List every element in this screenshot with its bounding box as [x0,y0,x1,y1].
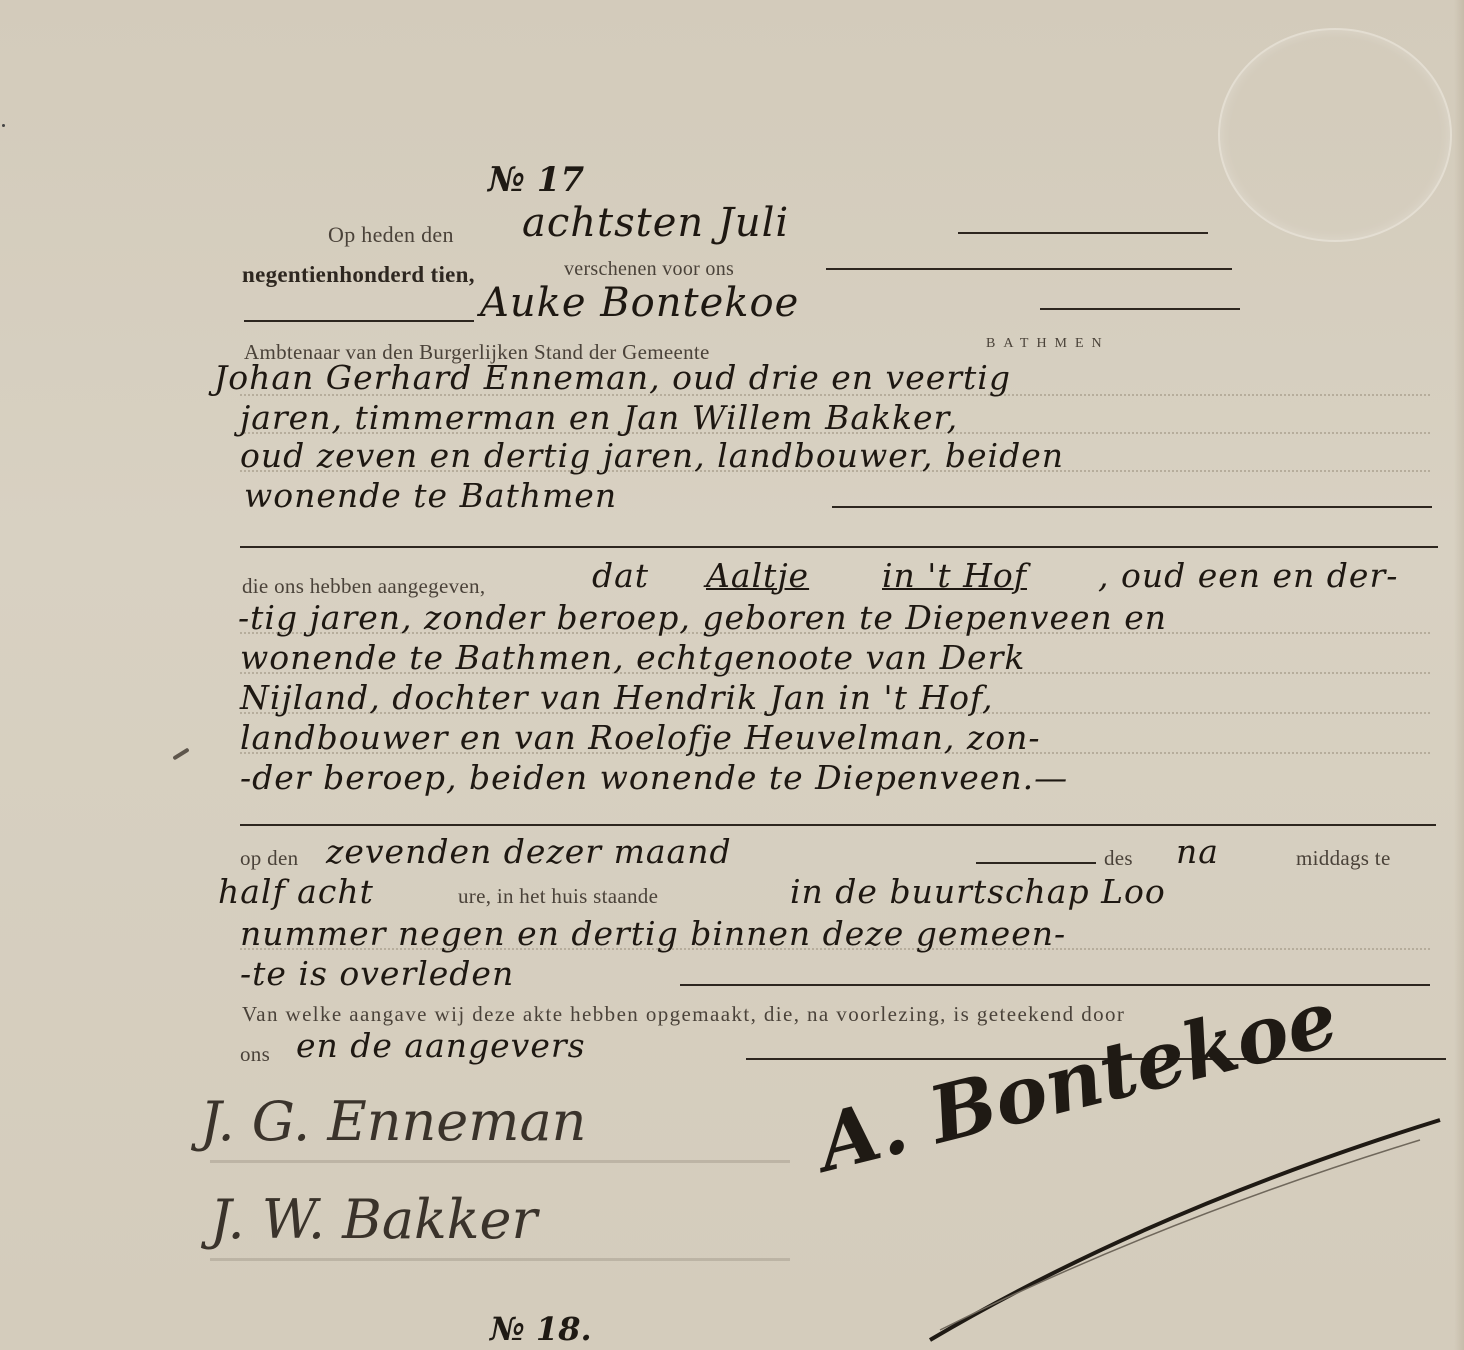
handwritten-line-13: landbouwer en van Roelofje Heuvelman, zo… [240,718,1041,757]
printed-verschenen: verschenen voor ons [564,258,734,281]
section-rule [240,546,1438,548]
signature-guide [210,1258,790,1261]
handwritten-line-12: Nijland, dochter van Hendrik Jan in 't H… [240,678,994,717]
printed-ure: ure, in het huis staande [458,884,658,909]
handwritten-line-14: -der beroep, beiden wonende te Diepenvee… [240,758,1068,797]
signature-guide [210,1160,790,1163]
printed-year: negentienhonderd tien, [242,262,475,288]
printed-op-den: op den [240,846,298,871]
municipality-name: BATHMEN [986,336,1110,352]
margin-mark [172,748,189,761]
signature-bakker: J. W. Bakker [210,1188,537,1251]
signature-flourish [900,1100,1460,1350]
handwritten-line-11: wonende te Bathmen, echtgenoote van Derk [240,638,1025,677]
fill-rule [1040,308,1240,310]
deceased-surname: in 't Hof [882,556,1027,595]
document-page: № 17 Op heden den achtsten Juli negentie… [0,0,1464,1350]
handwritten-aangevers: en de aangevers [296,1026,586,1065]
handwritten-time: half acht [218,872,374,911]
handwritten-witness-3: oud zeven en dertig jaren, landbouwer, b… [240,436,1064,475]
fill-rule [958,232,1208,234]
fill-rule [976,862,1096,864]
handwritten-residence: wonende te Bathmen [244,476,617,515]
embossed-seal [1218,28,1452,242]
handwritten-line-10: -tig jaren, zonder beroep, geboren te Di… [238,598,1167,637]
printed-op-heden-den: Op heden den [328,222,454,248]
ink-spot [2,124,5,127]
printed-closing: Van welke aangave wij deze akte hebben o… [242,1002,1125,1027]
handwritten-official: Auke Bontekoe [480,280,799,326]
handwritten-na: na [1176,832,1219,871]
printed-middags: middags te [1296,846,1391,871]
fill-rule [244,320,474,322]
deceased-first-name: Aaltje [706,556,809,595]
fill-rule [832,506,1432,508]
section-rule [240,824,1436,826]
handwritten-death-date: zevenden dezer maand [326,832,732,871]
next-record-number: № 18. [490,1310,592,1348]
handwritten-date: achtsten Juli [522,200,789,246]
printed-ons: ons [240,1042,270,1067]
printed-aangegeven: die ons hebben aangegeven, [242,574,485,599]
record-number: № 17 [488,160,584,200]
handwritten-location: in de buurtschap Loo [790,872,1166,911]
handwritten-witness-1: Johan Gerhard Enneman, oud drie en veert… [214,358,1011,397]
handwritten-age: , oud een en der- [1098,556,1398,595]
handwritten-line-17: nummer negen en dertig binnen deze gemee… [240,914,1066,953]
printed-des: des [1104,846,1133,871]
handwritten-dat: dat [592,556,649,595]
handwritten-witness-2: jaren, timmerman en Jan Willem Bakker, [240,398,958,437]
handwritten-line-18: -te is overleden [240,954,514,993]
fill-rule [826,268,1232,270]
signature-enneman: J. G. Enneman [200,1090,586,1153]
